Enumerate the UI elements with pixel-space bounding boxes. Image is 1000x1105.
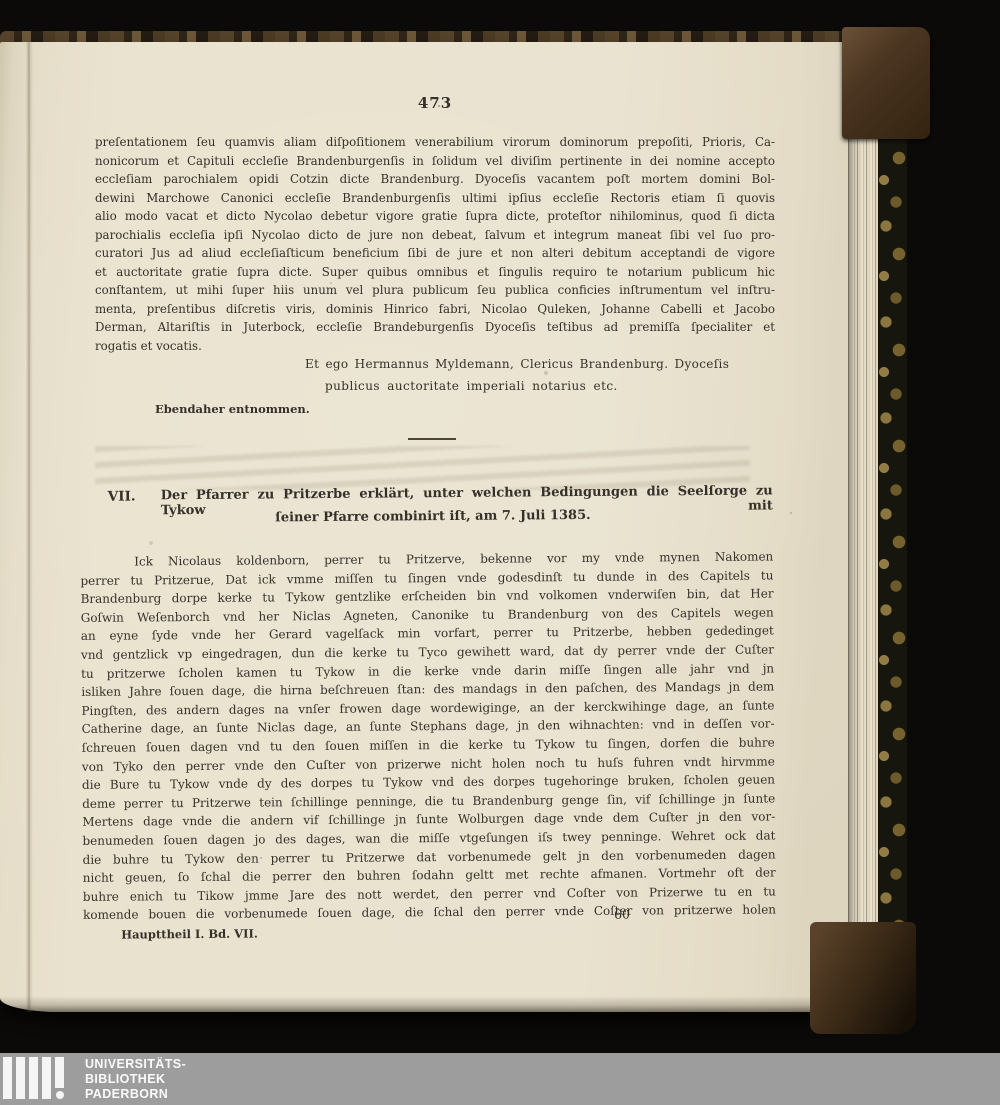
leather-corner-top-right xyxy=(842,27,930,139)
german-paragraph: Ick Nicolaus koldenborn, perrer tu Pritz… xyxy=(80,547,776,924)
library-name: UNIVERSITÄTS- BIBLIOTHEK PADERBORN xyxy=(85,1057,186,1102)
footer-volume-label: Haupttheil I. Bd. VII. xyxy=(121,927,258,942)
section-number: VII. xyxy=(108,488,136,504)
book-scan: 473 preſentationem ſeu quamvis aliam diſ… xyxy=(0,0,1000,1105)
sheet-number: 60 xyxy=(614,907,630,922)
page-fore-edge xyxy=(843,46,880,930)
logo-bar xyxy=(16,1057,25,1099)
lower-page-block: VII. Der Pfarrer zu Pritzerbe erklärt, u… xyxy=(0,36,850,1013)
logo-bar xyxy=(42,1057,51,1099)
library-name-line: PADERBORN xyxy=(85,1087,186,1102)
library-logo-icon xyxy=(3,1057,64,1099)
library-name-line: BIBLIOTHEK xyxy=(85,1072,186,1087)
logo-bar xyxy=(29,1057,38,1099)
scan-speckles xyxy=(0,42,2,44)
marbled-cover-edge xyxy=(878,118,907,936)
book-page: 473 preſentationem ſeu quamvis aliam diſ… xyxy=(0,42,848,1012)
library-banner: UNIVERSITÄTS- BIBLIOTHEK PADERBORN xyxy=(0,1053,1000,1105)
leather-corner-bottom-right xyxy=(810,922,916,1034)
logo-bar xyxy=(3,1057,12,1099)
library-name-line: UNIVERSITÄTS- xyxy=(85,1057,186,1072)
logo-exclamation-bar xyxy=(55,1057,64,1099)
